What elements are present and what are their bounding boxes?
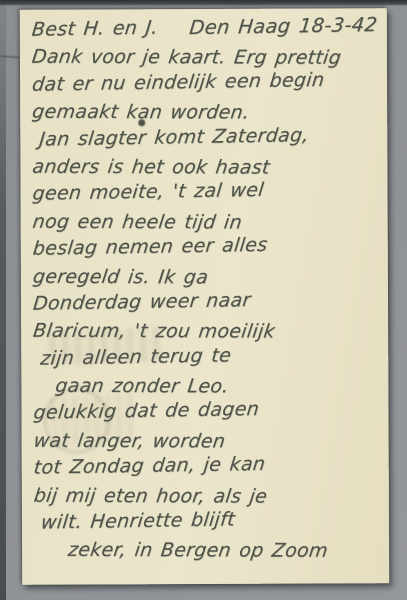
handwriting-line: Jan slagter komt Zaterdag, <box>31 121 381 154</box>
handwriting-line: zeker, in Bergen op Zoom <box>32 537 382 566</box>
handwriting-line: tot Zondag dan, je kan <box>32 449 382 482</box>
handwriting-line: Donderdag weer naar <box>32 285 382 318</box>
handwriting-line: dat er nu eindelijk een begin <box>31 66 381 99</box>
handwriting-line: beslag nemen eer alles <box>31 230 381 263</box>
handwriting-line: zijn alleen terug te <box>32 340 382 373</box>
handwritten-text-block: Best H. en J. Den Haag 18-3-42 Dank voor… <box>20 8 390 585</box>
salutation: Best H. en J. <box>30 15 159 44</box>
scan-edge-top <box>0 0 407 6</box>
postcard: Best H. en J. Den Haag 18-3-42 Dank voor… <box>20 8 390 585</box>
dateline: Den Haag 18-3-42 <box>188 11 379 42</box>
handwriting-line: Best H. en J. Den Haag 18-3-42 <box>30 11 380 44</box>
handwriting-line: wilt. Henriette blijft <box>33 504 383 537</box>
scan-background: Best H. en J. Den Haag 18-3-42 Dank voor… <box>0 0 407 600</box>
handwriting-line: gelukkig dat de dagen <box>32 394 382 427</box>
scan-edge-left <box>0 0 6 600</box>
handwriting-line: geen moeite, 't zal wel <box>31 175 381 208</box>
